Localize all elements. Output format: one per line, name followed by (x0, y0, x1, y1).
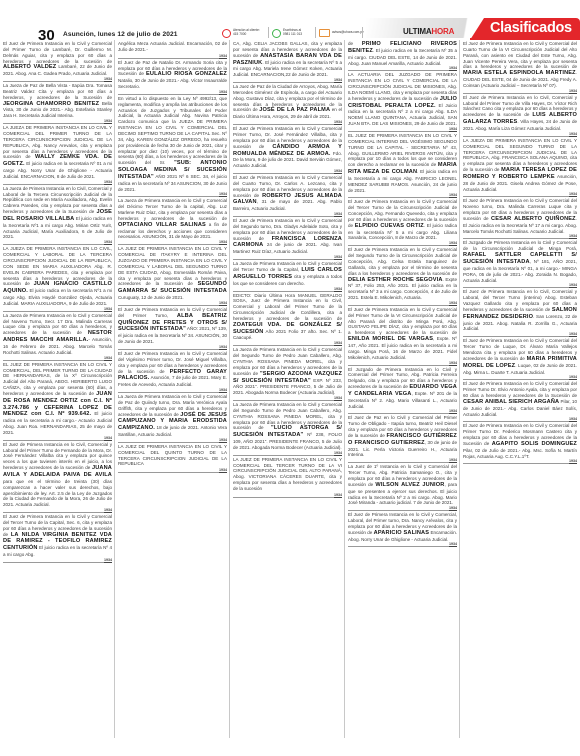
contact-value: 0981 111 013 (283, 32, 302, 36)
legal-notice: El Juez de Primera Instancia en lo Civil… (3, 441, 112, 513)
legal-notice: El Juzgado de Primera Instancia en lo Ci… (463, 239, 577, 288)
whatsapp-icon (272, 29, 281, 38)
legal-notice: La Jueza de Primera Instancia en lo Civi… (3, 185, 112, 246)
legal-notice: El Juez de Paz de Natalio Dr. Armando So… (118, 59, 227, 95)
notice-code: 1934 (118, 301, 227, 305)
legal-notice: El Juez de Primera Instancia en lo Civil… (463, 288, 577, 337)
notice-code: 1934 (463, 234, 577, 238)
notice-code: 1934 (118, 192, 227, 196)
notice-text: LA JUEZ DE PRIMERA INSTANCIA EN LO CIVIL… (233, 457, 342, 491)
legal-notice: El Juez de Primera Instancia en lo Civil… (118, 306, 227, 350)
notice-code: 1934 (463, 332, 577, 336)
legal-notice: La Jueza de Primera Instancia en lo Civi… (3, 312, 112, 361)
notice-code: 1934 (348, 127, 457, 131)
legal-notice: EL JUEZ DE PRIMERA INSTANCIA EN LO CIVIL… (348, 132, 457, 198)
notice-text: LA JUEZ DE PRIMERA INSTANCIA EN LO CIVIL… (118, 444, 227, 467)
page-header: 30 Asunción, lunes 12 de julio de 2021 A… (0, 0, 580, 38)
legal-notice: El Juez de Primera Instancia en lo Civil… (348, 246, 457, 306)
legal-notice: El Juez de Primera Instancia en lo Civil… (348, 198, 457, 246)
notice-code: 1934 (463, 375, 577, 379)
notice-code: 1934 (118, 54, 227, 58)
deceased-name: APARICIO SALINAS (374, 530, 430, 536)
column-2: Angélica Meza Actuaria Judicial. Encarna… (118, 40, 227, 740)
legal-notice: El Juzgado de Primera Instancia en lo Ci… (348, 366, 457, 415)
notice-code: 1934 (463, 459, 577, 463)
notice-text: de (348, 41, 362, 46)
notice-text: El Juez de Primera Instancia en lo Civil… (463, 41, 577, 69)
notice-code: 1934 (348, 193, 457, 197)
legal-notice: El Juez de Primera Instancia en lo Civil… (463, 422, 577, 464)
legal-notice: El Juez de Primera Instancia en lo Civil… (233, 174, 342, 217)
notice-text: El Juzgado de Primera Instancia en lo Ci… (463, 240, 577, 251)
divider (362, 27, 363, 38)
notice-code: 1934 (3, 180, 112, 184)
notice-text: El Juez de Primera Instancia en lo Civil… (3, 41, 112, 64)
notice-code: 1934 (233, 120, 342, 124)
legal-notice: El Juez de Primera Instancia en lo Civil… (3, 40, 112, 82)
legal-notice: LA JUEZ DE PRIMERA INSTANCIA EN LO CIVIL… (118, 245, 227, 306)
notice-code: 1934 (233, 287, 342, 291)
notice-code: 1934 (233, 451, 342, 455)
notice-code: 1934 (118, 240, 227, 244)
contact-value: avisos@uhora.com.py (332, 31, 364, 35)
notice-code: 1934 (233, 396, 342, 400)
notice-text: El Juez de Primera Instancia en lo Civil… (348, 307, 457, 335)
legal-notice: CA, Abg. CELIA JACOBS GALLAS, cita y emp… (233, 40, 342, 83)
column-3: CA, Abg. CELIA JACOBS GALLAS, cita y emp… (233, 40, 342, 740)
deceased-name: DELIA ESTHER ROCHE SEGOVIA (348, 277, 443, 283)
legal-notice: LA JUEZA DE PRIMERA INSTANCIA EN LO CIVI… (463, 137, 577, 198)
notice-text: LA JUEZ DE PRIMERA INSTANCIA EN LO CIVIL… (118, 246, 227, 286)
legal-notice: La Jueza de Primera Instancia en lo Civi… (118, 393, 227, 443)
notice-text: Angélica Meza Actuaria Judicial. Encarna… (118, 41, 227, 52)
deceased-name: ELPIDIO CUEVAS ORTIZ (355, 223, 424, 229)
deceased-name: EULALIO RIOSA GONZALEZ (146, 71, 227, 77)
dateline: Asunción, lunes 12 de julio de 2021 (63, 31, 178, 38)
notice-code: 1934 (348, 409, 457, 413)
notice-code: 1934 (3, 558, 112, 562)
legal-notice: La Juez de 1º Instancia en lo Civil y Co… (348, 463, 457, 511)
contact-value: 415 7000 (233, 32, 246, 36)
notice-code: 1934 (118, 90, 227, 94)
deceased-name: JOSÉ DE LA PAZ PALMA (259, 107, 330, 113)
notice-text: La Jueza de Paz de Bella Vista - Itapúa … (3, 83, 112, 100)
legal-notice: Angélica Meza Actuaria Judicial. Encarna… (118, 40, 227, 59)
notice-code: 1934 (3, 240, 112, 244)
legal-notice: El Juez de Primera Instancia en lo Civil… (118, 350, 227, 393)
notice-text: El Juez de Primera Instancia en lo Civil… (348, 247, 457, 275)
deceased-name: CESAR ANIBAL SIERICH ARGAÑA (463, 399, 559, 405)
legal-notice: El Juez de Primera Instancia en lo Civil… (463, 380, 577, 422)
legal-notice: El Juez de Primera Instancia en lo Civil… (463, 94, 577, 137)
notice-code: 1934 (3, 77, 112, 81)
legal-notice: de PRIMO FELICIANO RIVEROS BENITEZ. El j… (348, 40, 457, 71)
legal-notice: La Jueza de Primera Instancia en lo Civi… (233, 260, 342, 291)
legal-notice: La Jueza de Primera Instancia en lo Civi… (233, 346, 342, 401)
legal-notice: El Juez de Primera Instancia en lo Civil… (463, 197, 577, 239)
legal-notice: El Juez de Primera Instancia en lo Civil… (463, 40, 577, 94)
legal-notice: EL JUEZ DE PRIMERA INSTANCIA EN LO CIVIL… (3, 361, 112, 441)
notice-code: 1934 (463, 89, 577, 93)
notice-code: 1934 (348, 66, 457, 70)
deceased-name: WILSON ALVEZ JUNIOR (375, 482, 444, 488)
notice-text: EDICTO: Diario Última Hora MANUEL GERALD… (233, 293, 342, 321)
notice-code: 1934 (3, 119, 112, 123)
contact-whatsapp: Escribinos al 0981 111 013 (272, 26, 302, 40)
notice-code: 1934 (3, 356, 112, 360)
notice-code: 1934 (348, 506, 457, 510)
notice-code: 1934 (348, 458, 457, 462)
notice-code: 1934 (348, 542, 457, 546)
legal-notice: La Jueza de Primera Instancia en lo Civi… (118, 197, 227, 245)
notice-code: 1934 (463, 283, 577, 287)
notice-code: 1934 (233, 493, 342, 497)
divider (315, 27, 316, 38)
legal-notice: El Juez de Paz en lo Civil y Comercial d… (348, 414, 457, 463)
contact-phone: Atención al cliente: 415 7000 (222, 26, 260, 40)
legal-notice: LA JUEZ DE PRIMERA INSTANCIA EN LO CIVIL… (233, 456, 342, 498)
legal-notice: LA JUEZ DE PRIMERA INSTANCIA EN LO CIVIL… (118, 443, 227, 473)
section-title: Clasificados (490, 20, 572, 36)
phone-icon (222, 29, 231, 38)
notice-code: 1934 (348, 361, 457, 365)
legal-notice: El Juez de Primera Instancia en lo Civil… (3, 513, 112, 563)
notice-code: 1934 (233, 169, 342, 173)
email-icon (319, 29, 330, 37)
notice-text: Curuguaty, 12 de Junio de 2021. (118, 295, 184, 300)
notice-code: 1934 (118, 388, 227, 392)
notice-text: para que en el término de treinta (30) d… (3, 479, 112, 507)
notice-text: La Jueza de Primera Instancia en lo Civi… (118, 198, 227, 221)
notice-code: 1934 (233, 78, 342, 82)
legal-notice: El Juez de Primera Instancia en lo Civil… (463, 337, 577, 380)
notice-code: 1934 (233, 212, 342, 216)
notice-code: 1934 (3, 436, 112, 440)
notice-code: 1934 (463, 132, 577, 136)
notice-text: Natalio, 30 de Junio de 2021.- Abg. Víct… (118, 78, 227, 89)
notice-text: El Juez de Primera Instancia en lo Civil… (463, 381, 577, 398)
legal-notice: El Juez de Primera Instancia en lo Civil… (348, 511, 457, 547)
notice-code: 1934 (118, 468, 227, 472)
notice-text: Pilar, 02 de Julio de 2021.- Abg. Msc. S… (463, 448, 577, 459)
notice-code: 1934 (233, 255, 342, 259)
deceased-name: ENILDA MORIEL DE VARGAS (348, 336, 433, 342)
legal-notice: El Juez de Primera Instancia en lo Civil… (348, 306, 457, 366)
notice-code: 1934 (463, 417, 577, 421)
divider (268, 27, 269, 38)
deceased-name: OPTACIANO VILLAR SALINAS (118, 222, 206, 228)
notice-code: 1934 (348, 241, 457, 245)
notice-code: 1934 (3, 307, 112, 311)
legal-notice: La Jueza de Paz de Bella Vista - Itapúa … (3, 82, 112, 124)
legal-notice: La Juez de Paz de la Ciudad de Arroyos, … (233, 83, 342, 125)
legal-notice: LA JUEZA DE PRIMERA INSTANCIA EN LO CIVI… (3, 245, 112, 311)
legal-notice: La Jueza de Primera Instancia en lo Civi… (233, 401, 342, 456)
contact-email: avisos@uhora.com.py (319, 26, 364, 40)
classifieds-columns: El Juez de Primera Instancia en lo Civil… (3, 40, 578, 740)
notice-text: En virtud a lo dispuesto en la Ley Nº 49… (118, 96, 227, 165)
notice-code: 1934 (118, 345, 227, 349)
deceased-name: JEORGINA CHAMORRO BENITEZ (3, 101, 99, 107)
deceased-name: CESAR ALBERTO QUIÑONEZ (491, 216, 576, 222)
notice-code: 1934 (233, 341, 342, 345)
notice-code: 1934 (3, 508, 112, 512)
column-1: El Juez de Primera Instancia en lo Civil… (3, 40, 112, 740)
legal-notice: LA JUEZA DE PRIMERA INSTANCIA EN LO CIVI… (3, 124, 112, 185)
deceased-name: ALBERTO VALDEZ (3, 64, 56, 70)
notice-code: 1934 (463, 192, 577, 196)
deceased-name: MARIA ESTELA ESPINDOLA MARTINEZ (463, 70, 576, 76)
legal-notice: El Juez de Primera Instancia en lo Civil… (233, 217, 342, 260)
column-5: El Juez de Primera Instancia en lo Civil… (463, 40, 577, 740)
notice-text: LA JUEZA DE PRIMERA INSTANCIA EN LO CIVI… (3, 246, 112, 286)
legal-notice: En virtud a lo dispuesto en la Ley Nº 49… (118, 95, 227, 198)
brand-logo: ULTIMAHORA (403, 27, 454, 36)
deceased-name: AGAPITO SOLIS DOMINGUEZ (492, 441, 577, 447)
legal-notice: LA ACTUARIA DEL JUZGADO DE PRIMERA INSTA… (348, 71, 457, 132)
legal-notice: El Juez de Primera Instancia en lo Civil… (233, 125, 342, 174)
legal-notice: EDICTO: Diario Última Hora MANUEL GERALD… (233, 292, 342, 347)
notice-code: 1934 (348, 301, 457, 305)
notice-code: 1934 (118, 438, 227, 442)
section-banner: Clasificados (470, 18, 580, 40)
column-4: de PRIMO FELICIANO RIVEROS BENITEZ. El j… (348, 40, 457, 740)
